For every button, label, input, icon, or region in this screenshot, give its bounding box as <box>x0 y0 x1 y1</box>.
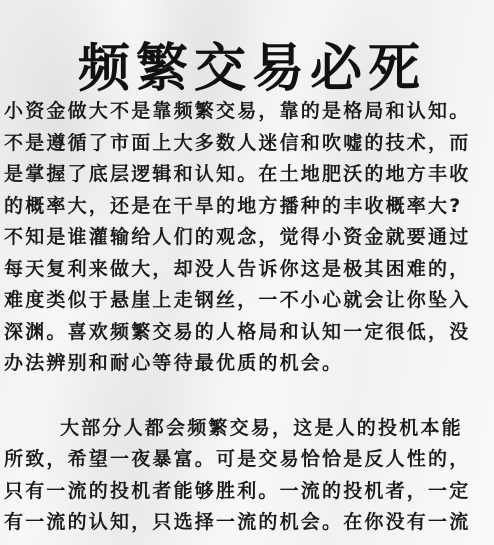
paragraph-2: 大部分人都会频繁交易，这是人的投机本能 所致，希望一夜暴富。可是交易恰恰是反人性… <box>4 413 490 539</box>
text-line: 每天复利来做大，却没人告诉你这是极其困难的， <box>4 254 490 286</box>
page-title: 频繁交易必死 <box>0 39 494 99</box>
text-line: 深渊。喜欢频繁交易的人格局和认知一定很低，没 <box>4 317 490 349</box>
text-line: 的概率大，还是在干旱的地方播种的丰收概率大? <box>4 191 490 223</box>
text-line: 是掌握了底层逻辑和认知。在土地肥沃的地方丰收 <box>4 159 490 191</box>
text-line: 所致，希望一夜暴富。可是交易恰恰是反人性的， <box>4 444 490 476</box>
text-line: 难度类似于悬崖上走钢丝，一不小心就会让你坠入 <box>4 285 490 317</box>
text-line: 大部分人都会频繁交易，这是人的投机本能 <box>4 413 490 445</box>
text-line: 不是遵循了市面上大多数人迷信和吹嘘的技术，而 <box>4 128 490 160</box>
text-line: 办法辨别和耐心等待最优质的机会。 <box>4 348 490 380</box>
paragraph-1: 小资金做大不是靠频繁交易，靠的是格局和认知。 不是遵循了市面上大多数人迷信和吹嘘… <box>4 96 490 380</box>
text-line: 不知是谁灌输给人们的观念，觉得小资金就要通过 <box>4 222 490 254</box>
text-line: 只有一流的投机者能够胜利。一流的投机者，一定 <box>4 476 490 508</box>
text-line: 小资金做大不是靠频繁交易，靠的是格局和认知。 <box>4 96 490 128</box>
article-body: 小资金做大不是靠频繁交易，靠的是格局和认知。 不是遵循了市面上大多数人迷信和吹嘘… <box>4 96 490 539</box>
text-line: 有一流的认知，只选择一流的机会。在你没有一流 <box>4 507 490 539</box>
